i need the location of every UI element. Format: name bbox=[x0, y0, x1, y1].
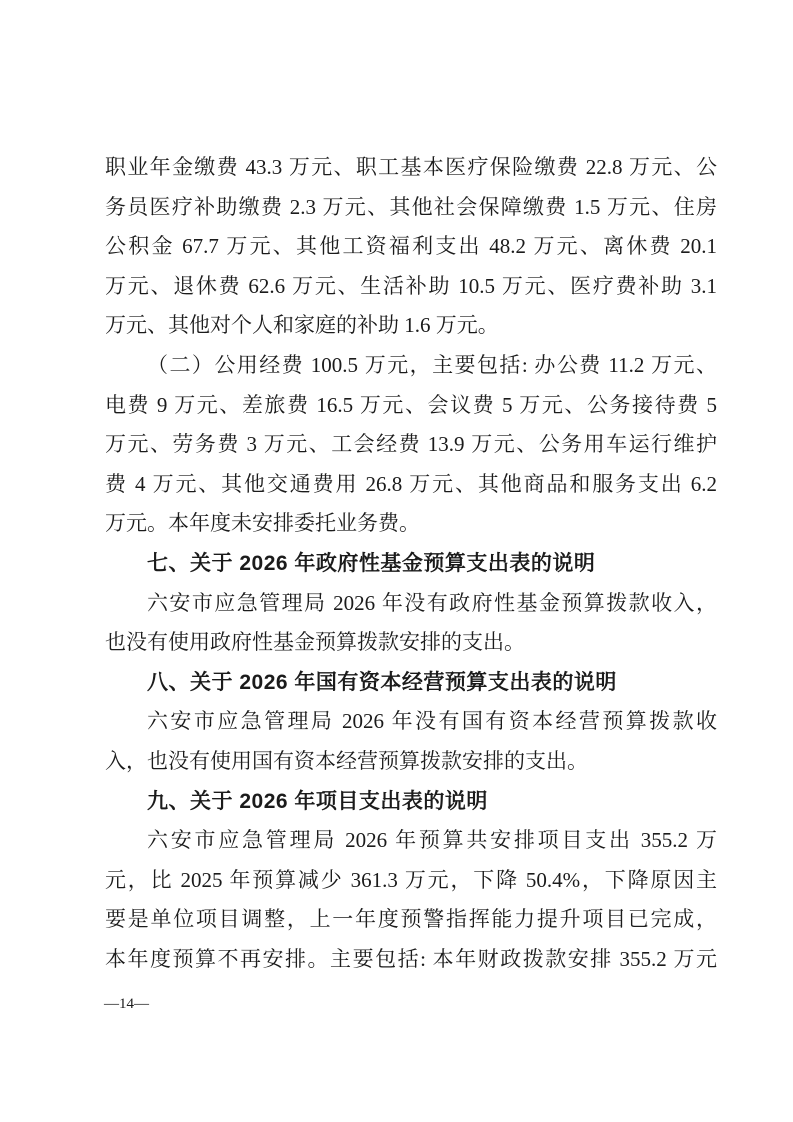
body-text-line: 六安市应急管理局 2026 年预算共安排项目支出 355.2 万 bbox=[105, 821, 717, 861]
body-text-line: 职业年金缴费 43.3 万元、职工基本医疗保险缴费 22.8 万元、公 bbox=[105, 148, 717, 188]
body-text-line: 费 4 万元、其他交通费用 26.8 万元、其他商品和服务支出 6.2 bbox=[105, 465, 717, 505]
body-text-line: 六安市应急管理局 2026 年没有国有资本经营预算拨款收 bbox=[105, 702, 717, 742]
document-page: 职业年金缴费 43.3 万元、职工基本医疗保险缴费 22.8 万元、公务员医疗补… bbox=[0, 0, 793, 1122]
section-heading: 九、关于 2026 年项目支出表的说明 bbox=[105, 782, 717, 822]
body-text-line: 要是单位项目调整，上一年度预警指挥能力提升项目已完成， bbox=[105, 900, 717, 940]
document-body: 职业年金缴费 43.3 万元、职工基本医疗保险缴费 22.8 万元、公务员医疗补… bbox=[105, 148, 717, 979]
body-text-line: 万元。本年度未安排委托业务费。 bbox=[105, 504, 717, 544]
section-heading: 七、关于 2026 年政府性基金预算支出表的说明 bbox=[105, 544, 717, 584]
section-heading: 八、关于 2026 年国有资本经营预算支出表的说明 bbox=[105, 663, 717, 703]
body-text-line: 六安市应急管理局 2026 年没有政府性基金预算拨款收入， bbox=[105, 584, 717, 624]
body-text-line: 也没有使用政府性基金预算拨款安排的支出。 bbox=[105, 623, 717, 663]
page-number: —14— bbox=[104, 993, 149, 1015]
body-text-line: 元，比 2025 年预算减少 361.3 万元，下降 50.4%，下降原因主 bbox=[105, 861, 717, 901]
body-text-line: 万元、劳务费 3 万元、工会经费 13.9 万元、公务用车运行维护 bbox=[105, 425, 717, 465]
body-text-line: 入，也没有使用国有资本经营预算拨款安排的支出。 bbox=[105, 742, 717, 782]
body-text-line: 务员医疗补助缴费 2.3 万元、其他社会保障缴费 1.5 万元、住房 bbox=[105, 188, 717, 228]
body-text-line: （二）公用经费 100.5 万元，主要包括: 办公费 11.2 万元、 bbox=[105, 346, 717, 386]
body-text-line: 万元、退休费 62.6 万元、生活补助 10.5 万元、医疗费补助 3.1 bbox=[105, 267, 717, 307]
body-text-line: 本年度预算不再安排。主要包括: 本年财政拨款安排 355.2 万元 bbox=[105, 940, 717, 980]
body-text-line: 电费 9 万元、差旅费 16.5 万元、会议费 5 万元、公务接待费 5 bbox=[105, 386, 717, 426]
body-text-line: 公积金 67.7 万元、其他工资福利支出 48.2 万元、离休费 20.1 bbox=[105, 227, 717, 267]
body-text-line: 万元、其他对个人和家庭的补助 1.6 万元。 bbox=[105, 306, 717, 346]
